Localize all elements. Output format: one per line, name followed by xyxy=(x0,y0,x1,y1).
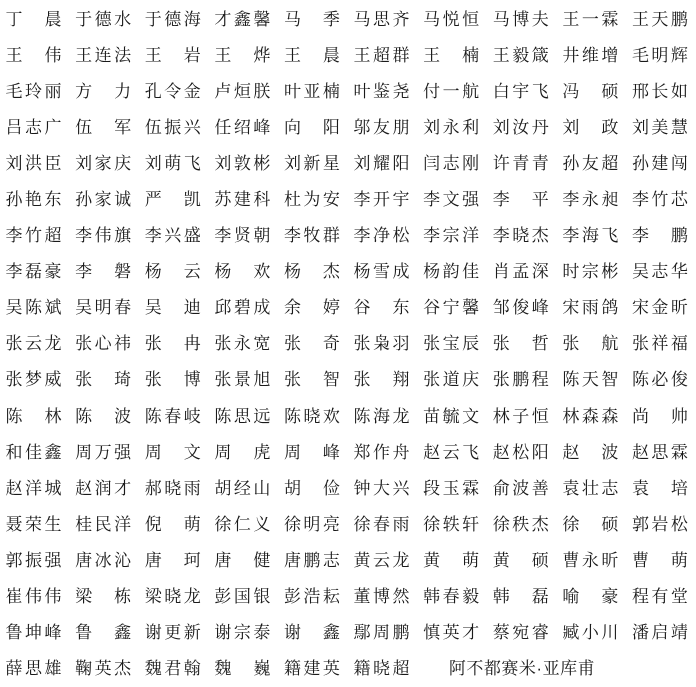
name-cell: 桂民洋 xyxy=(70,516,140,533)
name-cell: 张梦威 xyxy=(0,371,70,388)
name-cell: 王 晨 xyxy=(278,47,348,64)
name-cell: 付一航 xyxy=(418,83,488,100)
name-cell: 王 烨 xyxy=(209,47,279,64)
name-cell: 钟大兴 xyxy=(348,480,418,497)
name-row: 毛玲丽方 力孔令金卢烜朕叶亚楠叶鉴尧付一航白宇飞冯 硕邢长如 xyxy=(0,73,696,109)
name-cell: 许青青 xyxy=(487,155,557,172)
name-cell: 张 奇 xyxy=(278,335,348,352)
name-cell: 刘美慧 xyxy=(626,119,696,136)
name-cell: 邬友朋 xyxy=(348,119,418,136)
name-row: 张云龙张心祎张 冉张永宽张 奇张枭羽张宝辰张 哲张 航张祥福 xyxy=(0,326,696,362)
name-cell: 黄 萌 xyxy=(418,552,488,569)
name-row: 刘洪臣刘家庆刘萌飞刘敦彬刘新星刘耀阳闫志刚许青青孙友超孙建闯 xyxy=(0,145,696,181)
name-cell: 陈思远 xyxy=(209,408,279,425)
name-cell: 黄 硕 xyxy=(487,552,557,569)
name-cell: 张宝辰 xyxy=(418,335,488,352)
name-row: 丁 晨于德水于德海才鑫馨马 季马思齐马悦恒马博夫王一霖王天鹏 xyxy=(0,1,696,37)
name-cell: 谷宁馨 xyxy=(418,299,488,316)
name-cell: 梁晓龙 xyxy=(139,588,209,605)
name-row: 聂荣生桂民洋倪 萌徐仁义徐明亮徐春雨徐轶轩徐秩杰徐 硕郭岩松 xyxy=(0,506,696,542)
name-cell: 刘洪臣 xyxy=(0,155,70,172)
name-cell: 李净松 xyxy=(348,227,418,244)
name-cell: 白宇飞 xyxy=(487,83,557,100)
name-row: 赵洋城赵润才郝晓雨胡经山胡 俭钟大兴段玉霖俞波善袁壮志袁 培 xyxy=(0,470,696,506)
name-cell: 胡经山 xyxy=(209,480,279,497)
name-cell: 赵洋城 xyxy=(0,480,70,497)
name-cell: 谢宗泰 xyxy=(209,624,279,641)
name-cell: 陈海龙 xyxy=(348,408,418,425)
name-cell: 赵润才 xyxy=(70,480,140,497)
name-cell: 邢长如 xyxy=(626,83,696,100)
name-cell: 杨 云 xyxy=(139,263,209,280)
name-cell: 张 翔 xyxy=(348,371,418,388)
name-cell: 韩春毅 xyxy=(418,588,488,605)
name-cell: 井维增 xyxy=(557,47,627,64)
name-cell: 刘家庆 xyxy=(70,155,140,172)
name-cell: 才鑫馨 xyxy=(209,11,279,28)
name-cell: 刘汝丹 xyxy=(487,119,557,136)
name-cell: 张 哲 xyxy=(487,335,557,352)
name-cell: 周 峰 xyxy=(278,444,348,461)
name-cell: 王天鹏 xyxy=(626,11,696,28)
name-cell: 毛明辉 xyxy=(626,47,696,64)
name-cell: 李竹芯 xyxy=(626,191,696,208)
name-cell: 李永昶 xyxy=(557,191,627,208)
name-cell: 陈春岐 xyxy=(139,408,209,425)
name-cell: 刘敦彬 xyxy=(209,155,279,172)
name-cell: 彭浩耘 xyxy=(278,588,348,605)
name-cell: 唐 健 xyxy=(209,552,279,569)
name-cell: 时宗彬 xyxy=(557,263,627,280)
name-row: 郭振强唐冰沁唐 珂唐 健唐鹏志黄云龙黄 萌黄 硕曹永昕曹 萌 xyxy=(0,542,696,578)
name-cell: 杨 欢 xyxy=(209,263,279,280)
name-cell: 张鹏程 xyxy=(487,371,557,388)
name-cell: 王 岩 xyxy=(139,47,209,64)
name-cell: 邱碧成 xyxy=(209,299,279,316)
name-cell: 和佳鑫 xyxy=(0,444,70,461)
name-cell: 张心祎 xyxy=(70,335,140,352)
name-cell: 李磊豪 xyxy=(0,263,70,280)
name-cell: 籍晓超 xyxy=(348,660,418,677)
name-cell: 肖孟深 xyxy=(487,263,557,280)
name-cell: 籍建英 xyxy=(278,660,348,677)
name-cell: 张祥福 xyxy=(626,335,696,352)
name-cell: 鲁坤峰 xyxy=(0,624,70,641)
name-cell: 倪 萌 xyxy=(139,516,209,533)
name-cell: 赵思霖 xyxy=(626,444,696,461)
name-cell: 王连法 xyxy=(70,47,140,64)
name-cell: 董博然 xyxy=(348,588,418,605)
name-roster: 丁 晨于德水于德海才鑫馨马 季马思齐马悦恒马博夫王一霖王天鹏王 伟王连法王 岩王… xyxy=(0,0,696,687)
name-cell: 段玉霖 xyxy=(418,480,488,497)
name-cell: 魏 巍 xyxy=(209,660,279,677)
name-cell: 吕志广 xyxy=(0,119,70,136)
name-cell: 郭振强 xyxy=(0,552,70,569)
name-cell: 吴陈斌 xyxy=(0,299,70,316)
name-cell: 胡 俭 xyxy=(278,480,348,497)
name-cell: 徐春雨 xyxy=(348,516,418,533)
name-cell: 周 虎 xyxy=(209,444,279,461)
name-cell: 杜为安 xyxy=(278,191,348,208)
name-cell: 陈晓欢 xyxy=(278,408,348,425)
name-cell: 崔伟伟 xyxy=(0,588,70,605)
name-cell: 冯 硕 xyxy=(557,83,627,100)
name-cell: 谢更新 xyxy=(139,624,209,641)
name-cell: 张枭羽 xyxy=(348,335,418,352)
name-cell: 杨韵佳 xyxy=(418,263,488,280)
name-cell: 邹俊峰 xyxy=(487,299,557,316)
name-cell: 陈天智 xyxy=(557,371,627,388)
name-cell: 马悦恒 xyxy=(418,11,488,28)
name-cell: 张 博 xyxy=(139,371,209,388)
name-cell: 于德水 xyxy=(70,11,140,28)
name-cell: 任绍峰 xyxy=(209,119,279,136)
name-row: 张梦威张 琦张 博张景旭张 智张 翔张道庆张鹏程陈天智陈必俊 xyxy=(0,362,696,398)
name-cell: 张 冉 xyxy=(139,335,209,352)
name-cell: 曹永昕 xyxy=(557,552,627,569)
name-cell: 刘耀阳 xyxy=(348,155,418,172)
name-cell: 唐鹏志 xyxy=(278,552,348,569)
name-cell: 李 鹏 xyxy=(626,227,696,244)
name-cell: 李伟旗 xyxy=(70,227,140,244)
name-cell: 吴志华 xyxy=(626,263,696,280)
name-cell: 吴 迪 xyxy=(139,299,209,316)
name-cell: 慎英才 xyxy=(418,624,488,641)
name-cell: 严 凯 xyxy=(139,191,209,208)
name-cell: 李宗洋 xyxy=(418,227,488,244)
name-cell: 黄云龙 xyxy=(348,552,418,569)
name-cell: 臧小川 xyxy=(557,624,627,641)
name-cell: 陈 林 xyxy=(0,408,70,425)
name-cell: 李 平 xyxy=(487,191,557,208)
name-cell: 俞波善 xyxy=(487,480,557,497)
name-cell: 赵云飞 xyxy=(418,444,488,461)
name-cell: 马 季 xyxy=(278,11,348,28)
name-cell: 徐明亮 xyxy=(278,516,348,533)
name-cell: 张景旭 xyxy=(209,371,279,388)
name-row: 陈 林陈 波陈春岐陈思远陈晓欢陈海龙苗毓文林子恒林森森尚 帅 xyxy=(0,398,696,434)
name-cell: 王 伟 xyxy=(0,47,70,64)
name-cell: 孙友超 xyxy=(557,155,627,172)
name-cell: 宋雨鸽 xyxy=(557,299,627,316)
name-cell: 伍 军 xyxy=(70,119,140,136)
name-cell: 张 琦 xyxy=(70,371,140,388)
name-cell: 鄢周鹏 xyxy=(348,624,418,641)
name-cell: 苏建科 xyxy=(209,191,279,208)
name-cell: 向 阳 xyxy=(278,119,348,136)
name-cell: 刘萌飞 xyxy=(139,155,209,172)
name-cell: 唐 珂 xyxy=(139,552,209,569)
name-row: 王 伟王连法王 岩王 烨王 晨王超群王 楠王毅箴井维增毛明辉 xyxy=(0,37,696,73)
name-cell: 王 楠 xyxy=(418,47,488,64)
name-cell: 张云龙 xyxy=(0,335,70,352)
name-cell: 叶鉴尧 xyxy=(348,83,418,100)
name-cell: 张道庆 xyxy=(418,371,488,388)
name-row: 孙艳东孙家诚严 凯苏建科杜为安李开宇李文强李 平李永昶李竹芯 xyxy=(0,181,696,217)
name-cell: 于德海 xyxy=(139,11,209,28)
name-cell: 徐仁义 xyxy=(209,516,279,533)
name-cell: 赵松阳 xyxy=(487,444,557,461)
name-cell: 余 婷 xyxy=(278,299,348,316)
name-cell: 张 智 xyxy=(278,371,348,388)
name-row: 崔伟伟梁 栋梁晓龙彭国银彭浩耘董博然韩春毅韩 磊喻 豪程有堂 xyxy=(0,579,696,615)
name-cell: 薛思雄 xyxy=(0,660,70,677)
name-row: 鲁坤峰鲁 鑫谢更新谢宗泰谢 鑫鄢周鹏慎英才蔡宛睿臧小川潘启靖 xyxy=(0,615,696,651)
name-cell: 孙艳东 xyxy=(0,191,70,208)
name-cell: 杨 杰 xyxy=(278,263,348,280)
name-cell: 周 文 xyxy=(139,444,209,461)
name-cell: 郝晓雨 xyxy=(139,480,209,497)
name-cell: 孙家诚 xyxy=(70,191,140,208)
name-cell: 丁 晨 xyxy=(0,11,70,28)
name-cell: 袁 培 xyxy=(626,480,696,497)
name-cell: 唐冰沁 xyxy=(70,552,140,569)
name-cell: 李文强 xyxy=(418,191,488,208)
name-row: 李磊豪李 磐杨 云杨 欢杨 杰杨雪成杨韵佳肖孟深时宗彬吴志华 xyxy=(0,254,696,290)
name-cell: 卢烜朕 xyxy=(209,83,279,100)
name-cell: 赵 波 xyxy=(557,444,627,461)
name-cell: 杨雪成 xyxy=(348,263,418,280)
name-cell: 李开宇 xyxy=(348,191,418,208)
name-cell: 林子恒 xyxy=(487,408,557,425)
name-cell: 喻 豪 xyxy=(557,588,627,605)
name-cell: 谢 鑫 xyxy=(278,624,348,641)
name-cell: 苗毓文 xyxy=(418,408,488,425)
name-cell: 伍振兴 xyxy=(139,119,209,136)
name-cell: 张永宽 xyxy=(209,335,279,352)
name-cell: 袁壮志 xyxy=(557,480,627,497)
name-cell: 刘新星 xyxy=(278,155,348,172)
name-cell: 方 力 xyxy=(70,83,140,100)
name-row: 薛思雄鞠英杰魏君翰魏 巍籍建英籍晓超阿不都赛米·亚库甫 xyxy=(0,651,696,687)
name-cell: 王毅箴 xyxy=(487,47,557,64)
name-cell: 彭国银 xyxy=(209,588,279,605)
name-cell: 郑作舟 xyxy=(348,444,418,461)
name-cell: 马博夫 xyxy=(487,11,557,28)
name-cell: 徐 硕 xyxy=(557,516,627,533)
name-cell: 徐秩杰 xyxy=(487,516,557,533)
name-row: 和佳鑫周万强周 文周 虎周 峰郑作舟赵云飞赵松阳赵 波赵思霖 xyxy=(0,434,696,470)
name-cell: 李竹超 xyxy=(0,227,70,244)
name-cell: 刘永利 xyxy=(418,119,488,136)
name-cell: 韩 磊 xyxy=(487,588,557,605)
name-cell: 李兴盛 xyxy=(139,227,209,244)
name-cell: 林森森 xyxy=(557,408,627,425)
name-cell: 聂荣生 xyxy=(0,516,70,533)
name-cell: 马思齐 xyxy=(348,11,418,28)
name-cell: 蔡宛睿 xyxy=(487,624,557,641)
name-cell: 阿不都赛米·亚库甫 xyxy=(418,660,627,677)
name-cell: 孙建闯 xyxy=(626,155,696,172)
name-cell: 鲁 鑫 xyxy=(70,624,140,641)
name-cell: 陈必俊 xyxy=(626,371,696,388)
name-cell: 郭岩松 xyxy=(626,516,696,533)
name-cell: 宋金昕 xyxy=(626,299,696,316)
name-cell: 张 航 xyxy=(557,335,627,352)
name-cell: 李海飞 xyxy=(557,227,627,244)
name-cell: 程有堂 xyxy=(626,588,696,605)
name-cell: 王一霖 xyxy=(557,11,627,28)
name-cell: 王超群 xyxy=(348,47,418,64)
name-cell: 梁 栋 xyxy=(70,588,140,605)
name-cell: 魏君翰 xyxy=(139,660,209,677)
name-row: 吕志广伍 军伍振兴任绍峰向 阳邬友朋刘永利刘汝丹刘 政刘美慧 xyxy=(0,109,696,145)
name-cell: 徐轶轩 xyxy=(418,516,488,533)
name-cell: 陈 波 xyxy=(70,408,140,425)
name-cell: 李贤朝 xyxy=(209,227,279,244)
name-cell: 刘 政 xyxy=(557,119,627,136)
name-cell: 周万强 xyxy=(70,444,140,461)
name-cell: 尚 帅 xyxy=(626,408,696,425)
name-cell: 吴明春 xyxy=(70,299,140,316)
name-cell: 李晓杰 xyxy=(487,227,557,244)
name-row: 吴陈斌吴明春吴 迪邱碧成余 婷谷 东谷宁馨邹俊峰宋雨鸽宋金昕 xyxy=(0,290,696,326)
name-cell: 曹 萌 xyxy=(626,552,696,569)
name-cell: 李 磐 xyxy=(70,263,140,280)
name-cell: 闫志刚 xyxy=(418,155,488,172)
name-cell: 谷 东 xyxy=(348,299,418,316)
name-cell: 李牧群 xyxy=(278,227,348,244)
name-cell: 叶亚楠 xyxy=(278,83,348,100)
name-row: 李竹超李伟旗李兴盛李贤朝李牧群李净松李宗洋李晓杰李海飞李 鹏 xyxy=(0,218,696,254)
name-cell: 鞠英杰 xyxy=(70,660,140,677)
name-cell: 毛玲丽 xyxy=(0,83,70,100)
name-cell: 潘启靖 xyxy=(626,624,696,641)
name-cell: 孔令金 xyxy=(139,83,209,100)
